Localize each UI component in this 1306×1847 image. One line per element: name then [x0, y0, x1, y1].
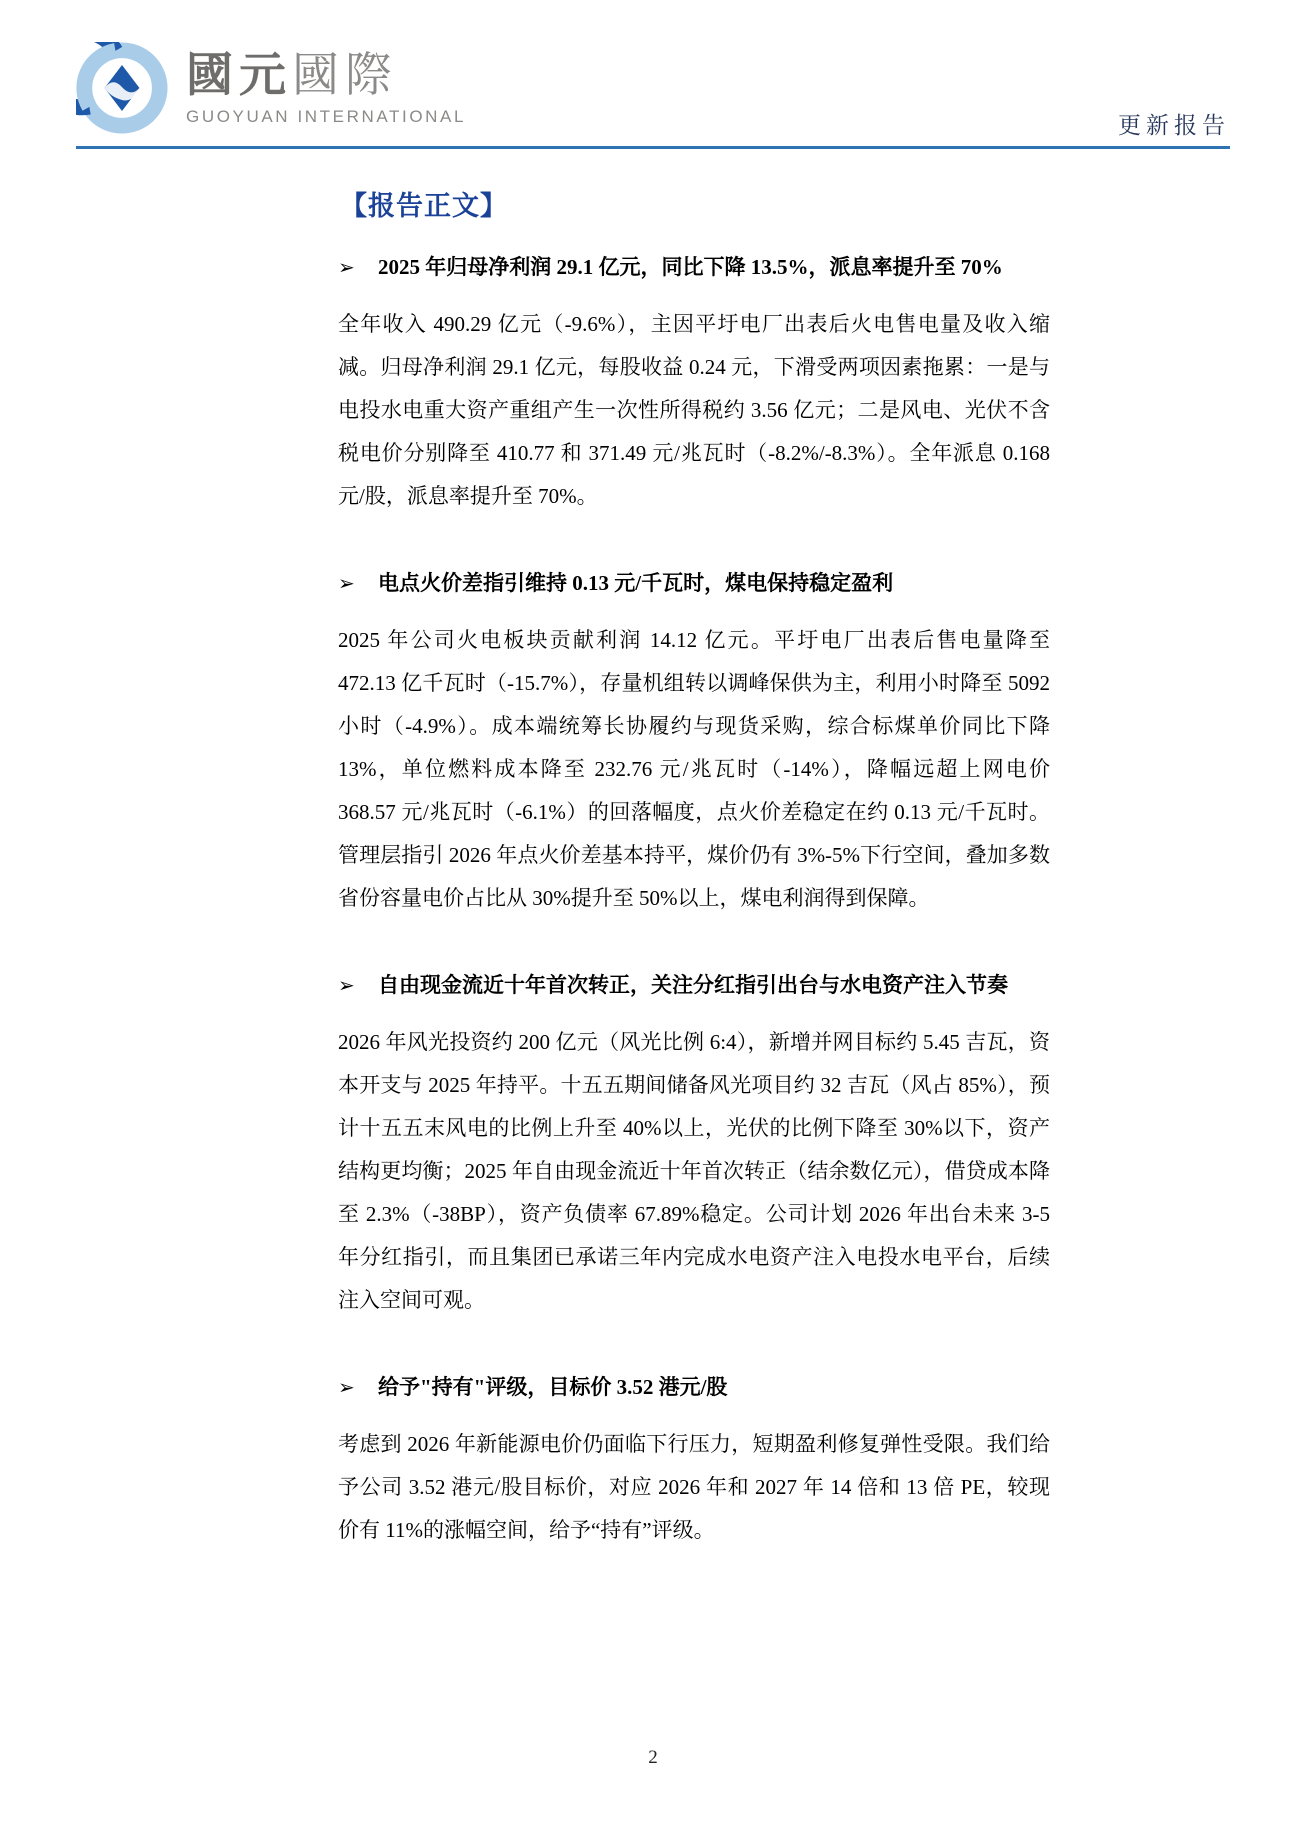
section-heading-text: 2025 年归母净利润 29.1 亿元，同比下降 13.5%，派息率提升至 70… — [378, 246, 1050, 289]
document-section-title: 【报告正文】 — [340, 184, 508, 223]
section-heading-text: 电点火价差指引维持 0.13 元/千瓦时，煤电保持稳定盈利 — [378, 562, 1050, 605]
section-rating: ➢ 给予"持有"评级，目标价 3.52 港元/股 考虑到 2026 年新能源电价… — [338, 1366, 1050, 1552]
section-free-cash-flow: ➢ 自由现金流近十年首次转正，关注分红指引出台与水电资产注入节奏 2026 年风… — [338, 964, 1050, 1322]
section-heading: ➢ 2025 年归母净利润 29.1 亿元，同比下降 13.5%，派息率提升至 … — [338, 246, 1050, 289]
section-paragraph: 2025 年公司火电板块贡献利润 14.12 亿元。平圩电厂出表后售电量降至 4… — [338, 619, 1050, 920]
section-heading-text: 给予"持有"评级，目标价 3.52 港元/股 — [378, 1366, 1050, 1409]
section-paragraph: 全年收入 490.29 亿元（-9.6%），主因平圩电厂出表后火电售电量及收入缩… — [338, 303, 1050, 518]
page-header: 國元國際 GUOYUAN INTERNATIONAL 更新报告 — [76, 42, 1230, 142]
section-heading: ➢ 电点火价差指引维持 0.13 元/千瓦时，煤电保持稳定盈利 — [338, 562, 1050, 605]
arrow-bullet-icon: ➢ — [338, 1367, 378, 1410]
section-heading: ➢ 给予"持有"评级，目标价 3.52 港元/股 — [338, 1366, 1050, 1409]
section-paragraph: 考虑到 2026 年新能源电价仍面临下行压力，短期盈利修复弹性受限。我们给予公司… — [338, 1423, 1050, 1552]
arrow-bullet-icon: ➢ — [338, 965, 378, 1008]
section-net-profit: ➢ 2025 年归母净利润 29.1 亿元，同比下降 13.5%，派息率提升至 … — [338, 246, 1050, 518]
report-type-label: 更新报告 — [1118, 107, 1230, 140]
arrow-bullet-icon: ➢ — [338, 247, 378, 290]
section-heading-text: 自由现金流近十年首次转正，关注分红指引出台与水电资产注入节奏 — [378, 964, 1050, 1007]
header-divider-line — [76, 146, 1230, 149]
company-logo: 國元國際 GUOYUAN INTERNATIONAL — [76, 42, 1230, 134]
page-number: 2 — [0, 1747, 1306, 1769]
arrow-bullet-icon: ➢ — [338, 563, 378, 606]
logo-english-name: GUOYUAN INTERNATIONAL — [186, 108, 466, 125]
section-heading: ➢ 自由现金流近十年首次转正，关注分红指引出台与水电资产注入节奏 — [338, 964, 1050, 1007]
report-page: 國元國際 GUOYUAN INTERNATIONAL 更新报告 【报告正文】 ➢… — [0, 0, 1306, 1847]
report-body: ➢ 2025 年归母净利润 29.1 亿元，同比下降 13.5%，派息率提升至 … — [338, 232, 1050, 1552]
logo-text: 國元國際 GUOYUAN INTERNATIONAL — [186, 51, 466, 125]
logo-cn-bold: 國元 — [186, 48, 292, 101]
section-spark-spread: ➢ 电点火价差指引维持 0.13 元/千瓦时，煤电保持稳定盈利 2025 年公司… — [338, 562, 1050, 920]
section-paragraph: 2026 年风光投资约 200 亿元（风光比例 6:4），新增并网目标约 5.4… — [338, 1021, 1050, 1322]
logo-cn-light: 國際 — [292, 48, 398, 101]
logo-chinese-name: 國元國際 — [186, 51, 466, 98]
guoyuan-logo-icon — [76, 42, 168, 134]
